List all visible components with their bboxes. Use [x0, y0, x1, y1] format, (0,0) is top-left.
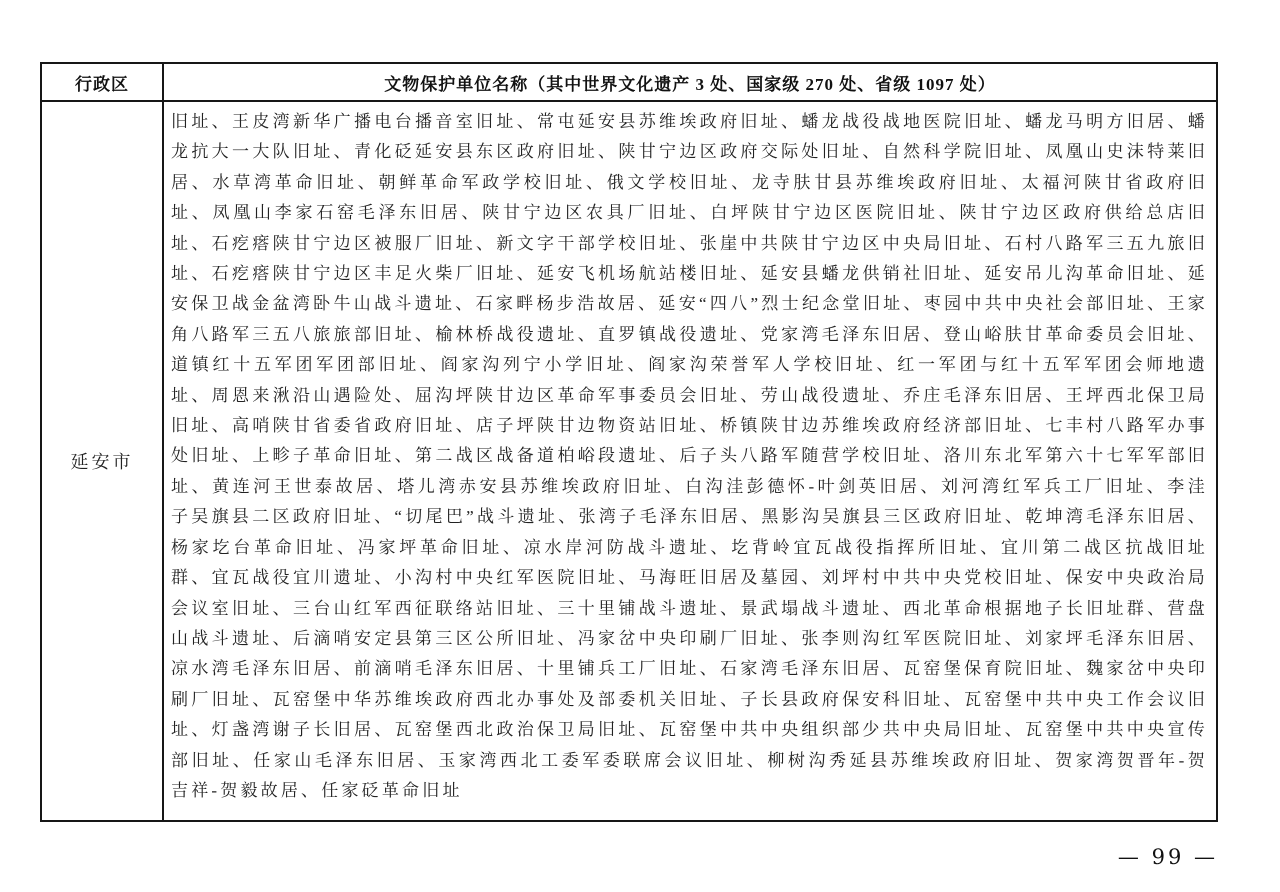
sites-list-cell: 旧址、王皮湾新华广播电台播音室旧址、常屯延安县苏维埃政府旧址、蟠龙战役战地医院旧…	[163, 101, 1217, 821]
region-cell: 延安市	[41, 101, 163, 821]
header-cell-site-names: 文物保护单位名称（其中世界文化遗产 3 处、国家级 270 处、省级 1097 …	[163, 63, 1217, 101]
header-cell-region: 行政区	[41, 63, 163, 101]
document-page: 行政区 文物保护单位名称（其中世界文化遗产 3 处、国家级 270 处、省级 1…	[0, 0, 1280, 892]
table-header-row: 行政区 文物保护单位名称（其中世界文化遗产 3 处、国家级 270 处、省级 1…	[41, 63, 1217, 101]
page-number: — 99 —	[1118, 845, 1218, 869]
heritage-sites-table: 行政区 文物保护单位名称（其中世界文化遗产 3 处、国家级 270 处、省级 1…	[40, 62, 1218, 822]
table-row: 延安市 旧址、王皮湾新华广播电台播音室旧址、常屯延安县苏维埃政府旧址、蟠龙战役战…	[41, 101, 1217, 821]
